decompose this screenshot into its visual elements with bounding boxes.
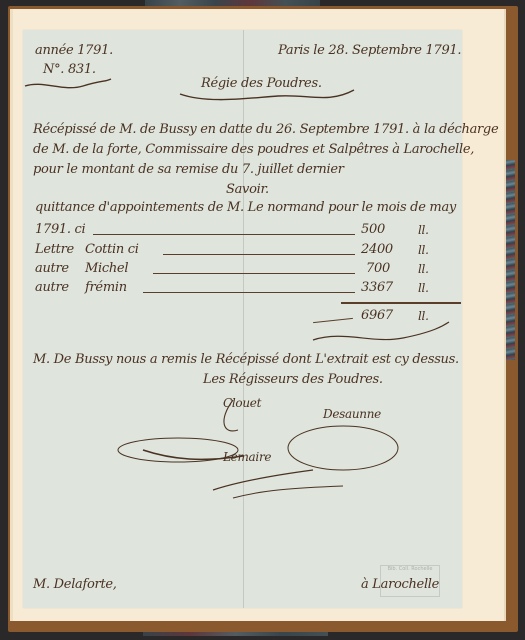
body-line-1: Récépissé de M. de Bussy en datte du 26.… bbox=[33, 122, 498, 137]
signatory-title: Les Régisseurs des Poudres. bbox=[203, 372, 383, 387]
ledger-label: Lettre bbox=[35, 242, 74, 257]
place-date: Paris le 28. Septembre 1791. bbox=[278, 43, 461, 58]
ledger-leader-line bbox=[163, 254, 355, 255]
ledger-unit: ll. bbox=[418, 281, 429, 295]
document-number: N°. 831. bbox=[43, 62, 96, 77]
library-stamp: Bib. Coll. Rochelle bbox=[380, 565, 440, 597]
manuscript-sheet: année 1791. N°. 831. Paris le 28. Septem… bbox=[23, 30, 462, 608]
ledger-label: 1791. ci bbox=[35, 222, 85, 237]
signature-flourishes bbox=[103, 390, 443, 500]
sum-rule bbox=[341, 302, 461, 304]
ledger-name: Michel bbox=[85, 261, 128, 276]
year-label: année 1791. bbox=[35, 43, 113, 58]
body-line-3: pour le montant de sa remise du 7. juill… bbox=[33, 162, 344, 177]
body-line-2: de M. de la forte, Commissaire des poudr… bbox=[33, 142, 474, 157]
paper-fold-line bbox=[243, 30, 244, 608]
savoir-label: Savoir. bbox=[226, 182, 269, 197]
ledger-intro: quittance d'appointements de M. Le norma… bbox=[35, 200, 456, 215]
ledger-leader-line bbox=[153, 273, 355, 274]
ledger-leader-line bbox=[93, 234, 355, 235]
addressee: M. Delaforte, bbox=[33, 577, 117, 592]
mount-page-edge bbox=[10, 9, 13, 621]
ledger-name: frémin bbox=[85, 280, 127, 295]
ledger-amount: 500 bbox=[361, 222, 385, 237]
ledger-amount: 3367 bbox=[361, 280, 393, 295]
ledger-name: Cottin ci bbox=[85, 242, 139, 257]
number-flourish bbox=[23, 78, 113, 98]
ledger-unit: ll. bbox=[418, 243, 429, 257]
total-flourish bbox=[303, 320, 453, 350]
title-flourish bbox=[178, 88, 358, 108]
ledger-leader-line bbox=[143, 292, 355, 293]
ledger-label: autre bbox=[35, 280, 69, 295]
ledger-amount: 700 bbox=[366, 261, 390, 276]
ledger-label: autre bbox=[35, 261, 69, 276]
closing-line: M. De Bussy nous a remis le Récépissé do… bbox=[33, 352, 459, 367]
ledger-amount: 2400 bbox=[361, 242, 393, 257]
ledger-unit: ll. bbox=[418, 223, 429, 237]
ledger-unit: ll. bbox=[418, 262, 429, 276]
